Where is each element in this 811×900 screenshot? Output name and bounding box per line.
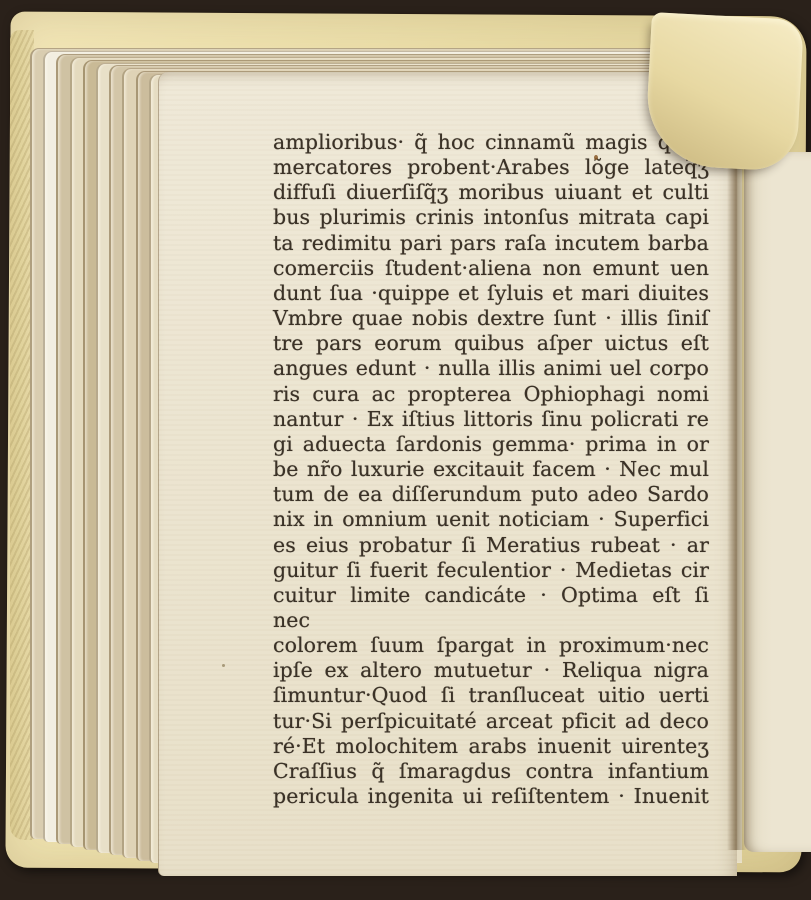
gutter-shadow [727, 158, 747, 850]
text-line: nantur · Ex iſtius littoris ſinu policra… [273, 407, 709, 432]
open-page: amplioribus· q̃ hoc cinnamũ magis q̃alia… [158, 72, 737, 876]
text-line: ipſe ex altero mutuetur · Reliqua nigra [273, 658, 709, 683]
text-line: bus plurimis crinis intonſus mitrata cap… [273, 205, 709, 230]
text-line: amplioribus· q̃ hoc cinnamũ magis q̃alia [273, 130, 709, 155]
facing-page [744, 152, 811, 852]
text-line: Vmbre quae nobis dextre ſunt · illis ſin… [273, 306, 709, 331]
text-block: amplioribus· q̃ hoc cinnamũ magis q̃alia… [273, 130, 709, 809]
text-line: guitur ſi fuerit feculentior · Medietas … [273, 558, 709, 583]
text-line: cuitur limite candicáte · Optima eſt ſi … [273, 583, 709, 633]
foxing-speck [222, 664, 225, 667]
text-line: gi aduecta ſardonis gemma· prima in or [273, 432, 709, 457]
text-line: comerciis ſtudent·aliena non emunt uen [273, 256, 709, 281]
foxing-speck [594, 155, 598, 160]
text-line: ris cura ac propterea Ophiophagi nomi [273, 382, 709, 407]
text-line: ta redimitu pari pars raſa incutem barba [273, 231, 709, 256]
text-line: es eius probatur ſi Meratius rubeat · ar [273, 533, 709, 558]
text-line: tur·Si perſpicuitaté arceat pficit ad de… [273, 709, 709, 734]
text-line: be nr̃o luxurie excitauit facem · Nec mu… [273, 457, 709, 482]
text-line: colorem ſuum ſpargat in proximum·nec [273, 633, 709, 658]
text-line: Craſſius q̃ ſmaragdus contra infantium [273, 759, 709, 784]
text-line: diffuſi diuerſiſq̃ʒ moribus uiuant et cu… [273, 180, 709, 205]
text-line: ſimuntur·Quod ſi tranſluceat uitio uerti [273, 683, 709, 708]
text-line: tre pars eorum quibus aſper uictus eſt [273, 331, 709, 356]
text-line: tum de ea diſſerundum puto adeo Sardo [273, 482, 709, 507]
text-line: nix in omnium uenit noticiam · Superfici [273, 507, 709, 532]
book-photograph: amplioribus· q̃ hoc cinnamũ magis q̃alia… [0, 0, 811, 900]
text-line: dunt ſua ·quippe et ſyluis et mari diuit… [273, 281, 709, 306]
text-line: ré·Et molochitem arabs inuenit uirenteʒ [273, 734, 709, 759]
text-line: pericula ingenita ui reſiſtentem · Inuen… [273, 784, 709, 809]
text-line: mercatores probent·Arabes lõge lateq̃ʒ [273, 155, 709, 180]
text-line: angues edunt · nulla illis animi uel cor… [273, 356, 709, 381]
